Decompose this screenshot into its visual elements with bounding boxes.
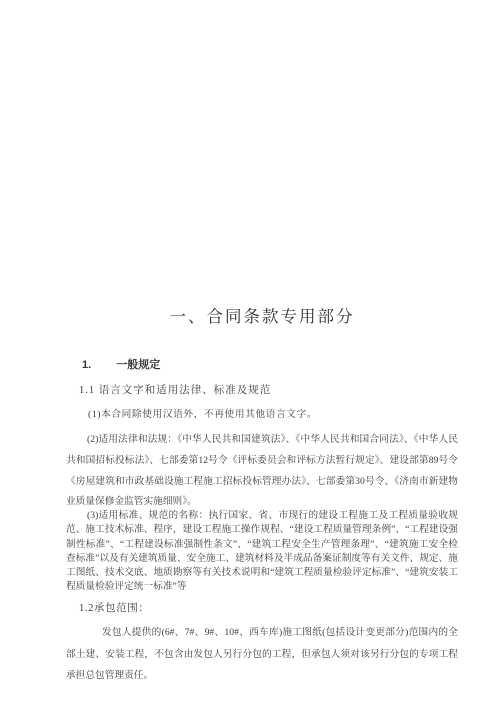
section-1-number: 1. <box>82 359 91 371</box>
document-content: 一、合同条款专用部分 1. 一般规定 1.1 语言文字和适用法律、标准及规范 (… <box>66 0 458 707</box>
document-page: 一、合同条款专用部分 1. 一般规定 1.1 语言文字和适用法律、标准及规范 (… <box>0 0 500 707</box>
clause-1-2-heading: 1.2承包范围： <box>79 600 149 615</box>
paragraph-contract-scope: 发包人提供的(6#、7#、9#、10#、西车库)施工图纸(包括设计变更部分)范围… <box>66 622 458 687</box>
paragraph-applicable-laws: (2)适用法律和法规：《中华人民共和国建筑法》、《中华人民共和国合同法》、《中华… <box>66 430 458 513</box>
paragraph-language-clause: (1)本合同除使用汉语外，不再使用其他语言文字。 <box>88 406 458 420</box>
clause-1-1-heading: 1.1 语言文字和适用法律、标准及规范 <box>79 382 271 397</box>
paragraph-applicable-standards: (3)适用标准、规范的名称：执行国家、省、市现行的建设工程施工及工程质量验收规范… <box>66 509 458 595</box>
document-title: 一、合同条款专用部分 <box>66 303 458 327</box>
section-1-heading: 1. 一般规定 <box>82 356 160 372</box>
section-1-title: 一般规定 <box>116 359 160 371</box>
